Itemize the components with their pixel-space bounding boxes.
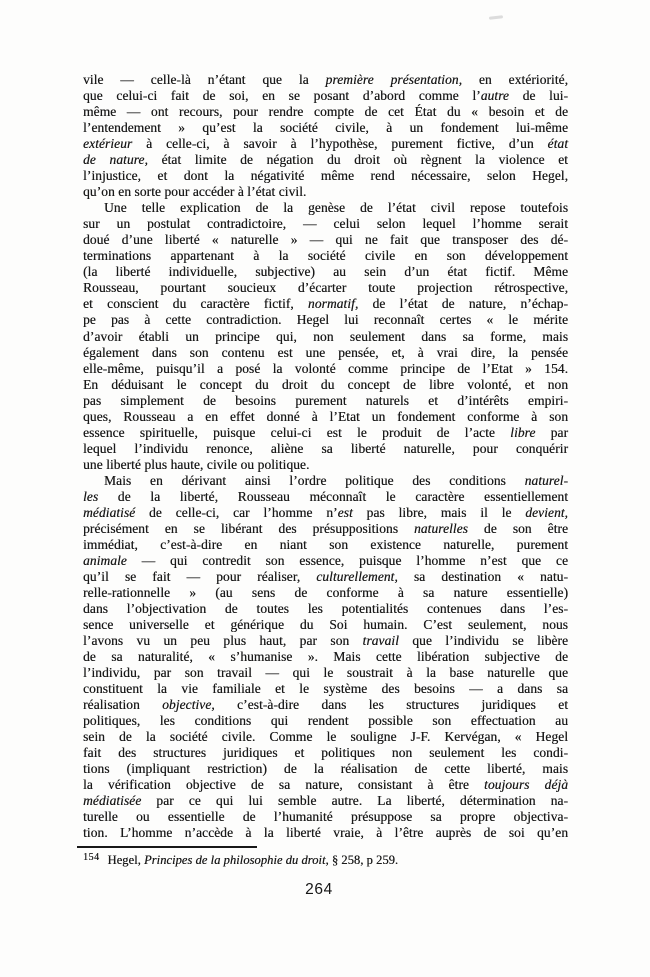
text-line: elle-même, puisqu’il a posé la volonté c… xyxy=(83,361,568,377)
paragraph: vile — celle-là n’étant que la première … xyxy=(83,72,568,200)
page-text-block: vile — celle-là n’étant que la première … xyxy=(83,72,568,869)
footnote-line: 154Hegel, Principes de la philosophie du… xyxy=(83,853,568,869)
text-line: extérieur à celle-ci, à savoir à l’hypot… xyxy=(83,136,568,152)
text-line: dans l’objectivation de toutes les poten… xyxy=(83,601,568,617)
footnote: 154Hegel, Principes de la philosophie du… xyxy=(83,846,568,869)
text-line: sur un postulat contradictoire, — celui … xyxy=(83,216,568,232)
paragraph: Une telle explication de la genèse de l’… xyxy=(83,200,568,473)
text-line: lequel l’individu renonce, aliène sa lib… xyxy=(83,441,568,457)
text-line: doué d’une liberté « naturelle » — qui n… xyxy=(83,232,568,248)
text-line: Mais en dérivant ainsi l’ordre politique… xyxy=(83,473,568,489)
text-line: l’entendement » qu’est la société civile… xyxy=(83,120,568,136)
text-line: turelle ou essentielle de l’humanité pré… xyxy=(83,809,568,825)
text-line: la vérification objective de sa nature, … xyxy=(83,777,568,793)
text-line: En déduisant le concept du droit du conc… xyxy=(83,377,568,393)
text-line: Une telle explication de la genèse de l’… xyxy=(83,200,568,216)
text-line: que celui-ci fait de soi, en se posant d… xyxy=(83,88,568,104)
text-line: d’avoir établi un principe qui, non seul… xyxy=(83,329,568,345)
text-line: l’injustice, et dont la négativité même … xyxy=(83,168,568,184)
text-line: ques, Rousseau a en effet donné à l’Etat… xyxy=(83,409,568,425)
body-text: vile — celle-là n’étant que la première … xyxy=(83,72,568,842)
text-line: réalisation objective, c’est-à-dire dans… xyxy=(83,697,568,713)
scanned-book-page: { "document": { "language": "fr", "ink_c… xyxy=(0,0,650,977)
text-line: qu’il se fait — pour réaliser, culturell… xyxy=(83,569,568,585)
text-line: médiatisée par ce qui lui semble autre. … xyxy=(83,793,568,809)
text-line: vile — celle-là n’étant que la première … xyxy=(83,72,568,88)
text-line: tions (impliquant restriction) de la réa… xyxy=(83,761,568,777)
text-line: essence spirituelle, puisque celui-ci es… xyxy=(83,425,568,441)
footnote-text: Hegel, Principes de la philosophie du dr… xyxy=(108,853,399,867)
text-line: précisément en se libérant des présuppos… xyxy=(83,521,568,537)
text-line: terminations appartenant à la société ci… xyxy=(83,248,568,264)
text-line: qu’on en sorte pour accéder à l’état civ… xyxy=(83,184,568,200)
text-line: sein de la société civile. Comme le soul… xyxy=(83,729,568,745)
text-line: également dans son contenu est une pensé… xyxy=(83,345,568,361)
text-line: Rousseau, pourtant soucieux d’écarter to… xyxy=(83,280,568,296)
scan-artifact xyxy=(489,15,503,19)
text-line: l’avons vu un peu plus haut, par son tra… xyxy=(83,633,568,649)
text-line: sence universelle et générique du Soi hu… xyxy=(83,617,568,633)
text-line: les de la liberté, Rousseau méconnaît le… xyxy=(83,489,568,505)
text-line: l’individu, par son travail — qui le sou… xyxy=(83,665,568,681)
text-line: relle-rationnelle » (au sens de conforme… xyxy=(83,585,568,601)
text-line: (la liberté individuelle, subjective) au… xyxy=(83,264,568,280)
text-line: médiatisé de celle-ci, car l’homme n’est… xyxy=(83,505,568,521)
footnote-divider xyxy=(77,846,257,848)
text-line: constituent la vie familiale et le systè… xyxy=(83,681,568,697)
text-line: une liberté plus haute, civile ou politi… xyxy=(83,457,568,473)
footnote-marker: 154 xyxy=(83,852,100,863)
text-line: fait des structures juridiques et politi… xyxy=(83,745,568,761)
text-line: politiques, les conditions qui rendent p… xyxy=(83,713,568,729)
page-number: 264 xyxy=(0,881,638,899)
text-line: de nature, état limite de négation du dr… xyxy=(83,152,568,168)
text-line: et conscient du caractère fictif, normat… xyxy=(83,296,568,312)
text-line: de sa naturalité, « s’humanise ». Mais c… xyxy=(83,649,568,665)
text-line: pe pas à cette contradiction. Hegel lui … xyxy=(83,312,568,328)
text-line: même — ont recours, pour rendre compte d… xyxy=(83,104,568,120)
paragraph: Mais en dérivant ainsi l’ordre politique… xyxy=(83,473,568,842)
text-line: immédiat, c’est-à-dire en niant son exis… xyxy=(83,537,568,553)
text-line: animale — qui contredit son essence, pui… xyxy=(83,553,568,569)
text-line: pas simplement de besoins purement natur… xyxy=(83,393,568,409)
text-line: tion. L’homme n’accède à la liberté vrai… xyxy=(83,825,568,841)
